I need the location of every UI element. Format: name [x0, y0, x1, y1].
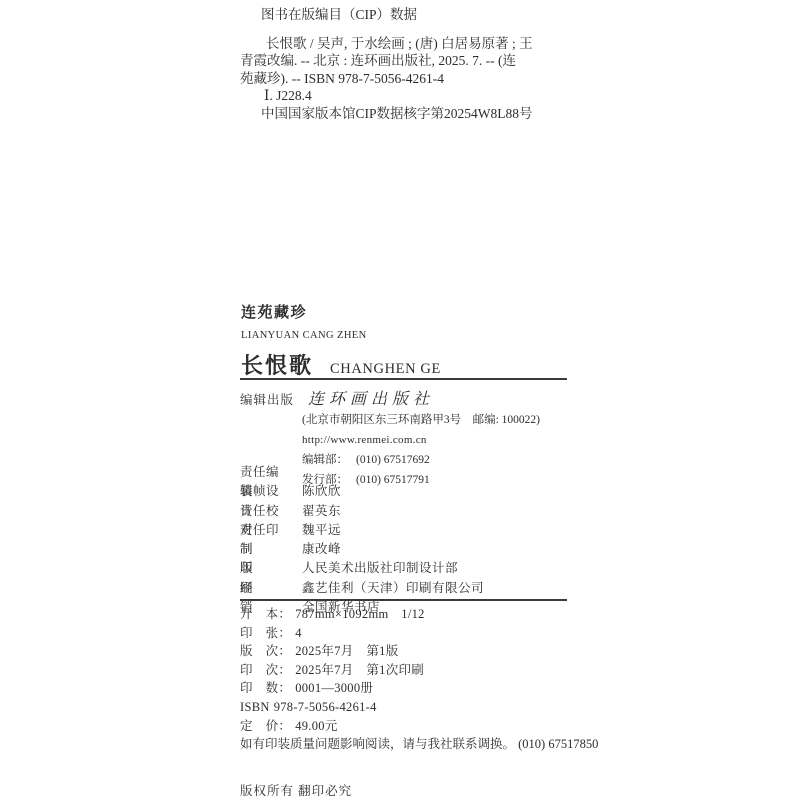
book-title: 长恨歌 — [241, 353, 313, 378]
staff-row-print-supervisor: 责任印制康改峰 — [240, 521, 484, 540]
spec-label: 印 次： — [240, 663, 291, 677]
staff-row-printer: 印 刷鑫艺佳利（天津）印刷有限公司 — [240, 559, 484, 578]
spec-value: 4 — [295, 626, 302, 640]
staff-row-proofreader: 责任校对魏平远 — [240, 502, 484, 521]
cip-line: 青霞改编. -- 北京 : 连环画出版社, 2025. 7. -- (连 — [240, 52, 580, 70]
spec-value: 0001—3000册 — [295, 681, 373, 695]
book-copyright-page: 图书在版编目（CIP）数据 长恨歌 / 吴声, 于水绘画 ; (唐) 白居易原著… — [0, 0, 800, 800]
spec-row-print-run: 印 数：0001—3000册 — [240, 679, 425, 698]
spec-value: 49.00元 — [295, 719, 337, 733]
book-title-row: 长恨歌CHANGHEN GE — [241, 349, 441, 380]
staff-row-designer: 装帧设计翟英东 — [240, 482, 484, 501]
spec-value: 2025年7月 第1次印刷 — [295, 663, 424, 677]
spec-label: 定 价： — [240, 719, 291, 733]
staff-row-plate-making: 制 版人民美术出版社印制设计部 — [240, 540, 484, 559]
spec-row-price: 定 价：49.00元 — [240, 717, 425, 736]
staff-credits-block: 责任编辑陈欣欣 装帧设计翟英东 责任校对魏平远 责任印制康改峰 制 版人民美术出… — [240, 463, 484, 598]
spec-row-isbn: ISBN978-7-5056-4261-4 — [240, 698, 425, 717]
cip-heading: 图书在版编目（CIP）数据 — [240, 6, 580, 24]
cip-classification: Ⅰ. J228.4 — [240, 87, 580, 105]
cip-record-number: 中国国家版本馆CIP数据核字第20254W8L88号 — [240, 105, 580, 123]
spec-row-edition: 版 次：2025年7月 第1版 — [240, 642, 425, 661]
publisher-row: 编辑出版 连环画出版社 — [240, 386, 580, 409]
divider-rule-top — [240, 378, 567, 380]
staff-row-editor: 责任编辑陈欣欣 — [240, 463, 484, 482]
spec-value: 787mm×1092mm 1/12 — [295, 607, 425, 621]
publisher-name-calligraphy: 连环画出版社 — [308, 386, 434, 409]
quality-notice: 如有印装质量问题影响阅读，请与我社联系调换。 (010) 67517850 — [240, 734, 660, 752]
cip-block: 图书在版编目（CIP）数据 长恨歌 / 吴声, 于水绘画 ; (唐) 白居易原著… — [240, 6, 580, 122]
print-specs-block: 开 本：787mm×1092mm 1/12 印 张：4 版 次：2025年7月 … — [240, 605, 425, 735]
publisher-website: http://www.renmei.com.cn — [302, 433, 580, 448]
divider-rule-bottom — [240, 599, 567, 601]
title-block: 连苑藏珍 LIANYUAN CANG ZHEN 长恨歌CHANGHEN GE — [241, 301, 441, 380]
spec-label: 版 次： — [240, 644, 291, 658]
spec-label: ISBN — [240, 700, 270, 714]
book-title-pinyin: CHANGHEN GE — [330, 361, 441, 377]
series-title: 连苑藏珍 — [241, 301, 441, 322]
spec-value: 2025年7月 第1版 — [295, 644, 398, 658]
spec-label: 开 本： — [240, 607, 291, 621]
cip-line: 长恨歌 / 吴声, 于水绘画 ; (唐) 白居易原著 ; 王 — [240, 35, 580, 53]
spec-row-impression: 印 次：2025年7月 第1次印刷 — [240, 661, 425, 680]
series-title-pinyin: LIANYUAN CANG ZHEN — [241, 330, 441, 341]
publisher-label: 编辑出版 — [240, 390, 294, 408]
spec-label: 印 数： — [240, 681, 291, 695]
spec-value: 978-7-5056-4261-4 — [274, 700, 377, 714]
spec-label: 印 张： — [240, 626, 291, 640]
spec-row-sheets: 印 张：4 — [240, 624, 425, 643]
spec-row-format: 开 本：787mm×1092mm 1/12 — [240, 605, 425, 624]
copyright-footer: 版权所有 翻印必究 — [240, 781, 352, 799]
publisher-address: (北京市朝阳区东三环南路甲3号 邮编: 100022) — [302, 413, 580, 428]
cip-line: 苑藏珍). -- ISBN 978-7-5056-4261-4 — [240, 70, 580, 88]
